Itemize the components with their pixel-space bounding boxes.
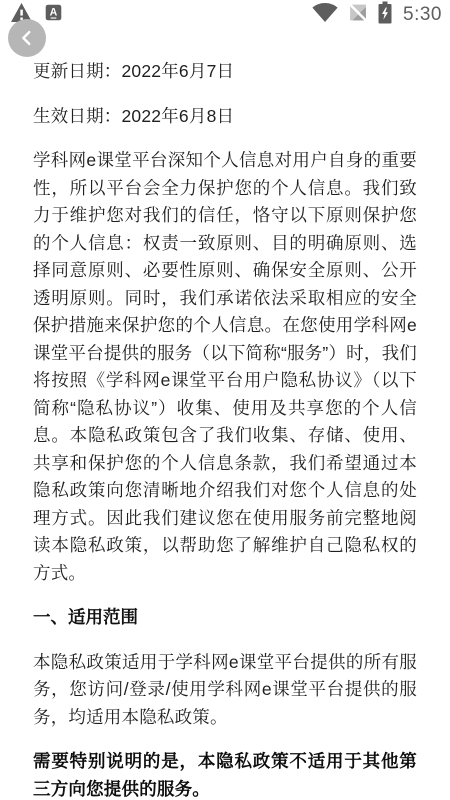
status-bar-time: 5:30 (403, 4, 442, 26)
status-bar-right: 5:30 (312, 1, 442, 29)
privacy-policy-screen: A (0, 0, 450, 800)
privacy-policy-content[interactable]: 更新日期：2022年6月7日 生效日期：2022年6月8日 学科网e课堂平台深知… (0, 58, 450, 800)
intro-paragraph: 学科网e课堂平台深知个人信息对用户自身的重要性，所以平台会全力保护您的个人信息。… (33, 147, 417, 587)
effective-date-line: 生效日期：2022年6月8日 (33, 103, 417, 131)
back-button[interactable] (8, 19, 46, 57)
svg-text:A: A (50, 7, 58, 19)
status-bar: A (0, 0, 450, 28)
scope-paragraph: 本隐私政策适用于学科网e课堂平台提供的所有服务，您访问/登录/使用学科网e课堂平… (33, 649, 417, 732)
battery-charging-icon (378, 1, 392, 29)
no-signal-icon (347, 3, 369, 27)
wifi-icon (312, 3, 338, 27)
section-title-scope: 一、适用范围 (33, 604, 417, 632)
app-a-badge-icon: A (45, 4, 62, 26)
update-date-line: 更新日期：2022年6月7日 (33, 58, 417, 86)
chevron-left-icon (16, 27, 38, 49)
scope-exclusion-paragraph: 需要特别说明的是，本隐私政策不适用于其他第三方向您提供的服务。 (33, 748, 417, 800)
